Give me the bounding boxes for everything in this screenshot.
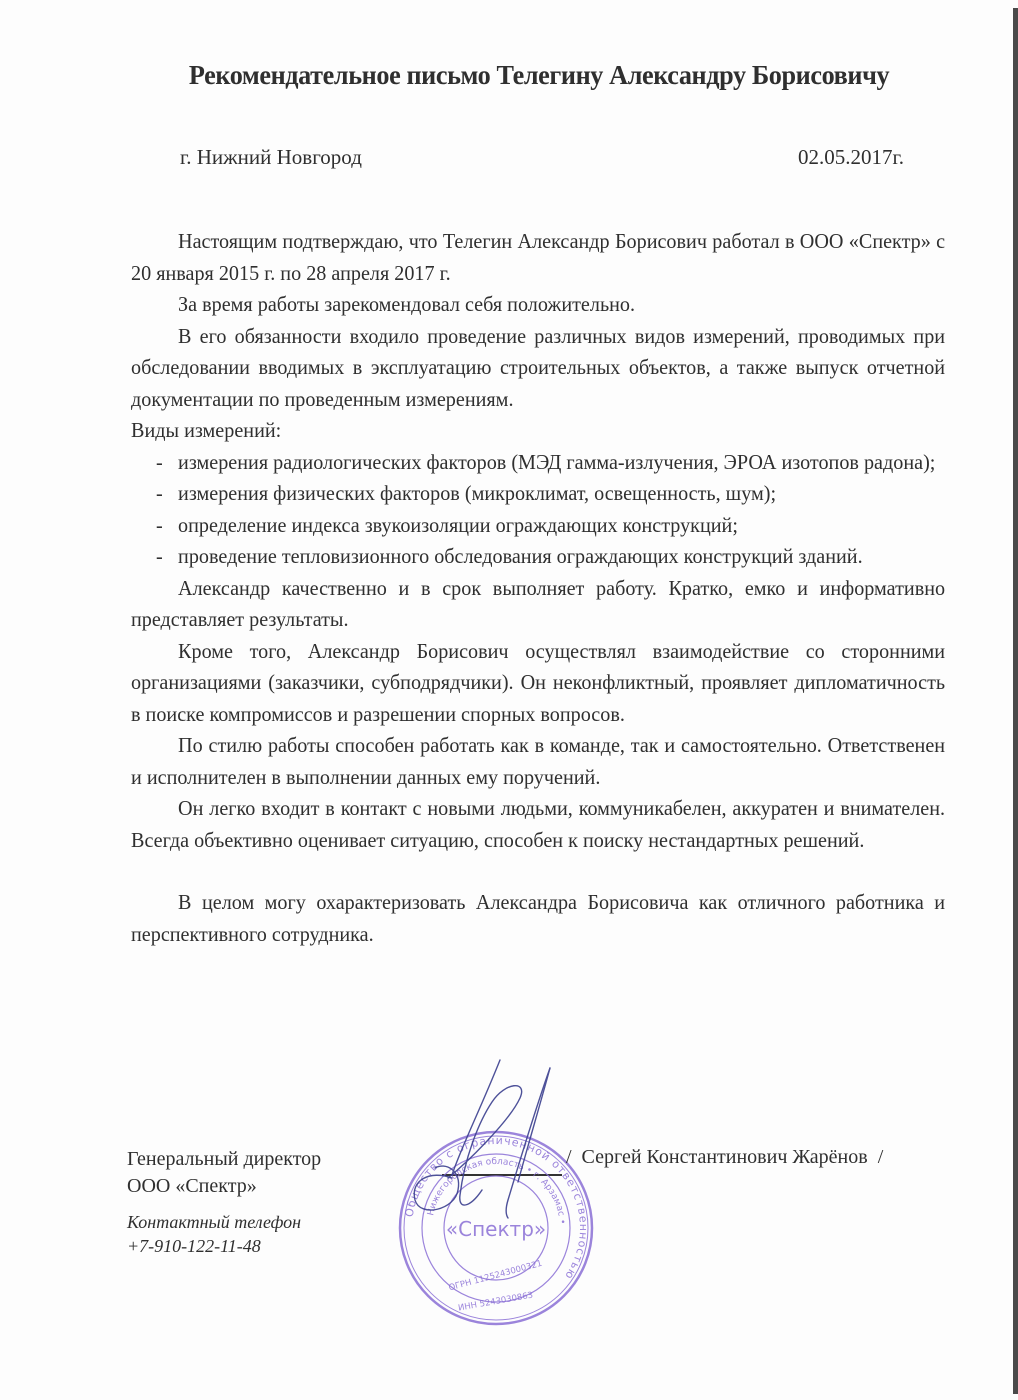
signer-name: / Сергей Константинович Жарёнов / [566, 1146, 883, 1169]
paragraph-quality: Александр качественно и в срок выполняет… [131, 573, 945, 636]
paragraph-employment: Настоящим подтверждаю, что Телегин Алекс… [131, 226, 945, 289]
paragraph-reputation: За время работы зарекомендовал себя поло… [131, 289, 945, 321]
dash-marker: - [156, 510, 163, 542]
signer-position: Генеральный директор [127, 1146, 321, 1173]
letter-body: Настоящим подтверждаю, что Телегин Алекс… [131, 226, 945, 950]
city: г. Нижний Новгород [180, 145, 362, 170]
paragraph-work-style: По стилю работы способен работать как в … [131, 730, 945, 793]
handwritten-signature-icon [400, 1050, 600, 1220]
scan-edge [1013, 8, 1018, 1394]
svg-text:ОГРН 1125243000321: ОГРН 1125243000321 [448, 1259, 544, 1294]
contact-label: Контактный телефон [127, 1210, 321, 1234]
contact-info: Контактный телефон +7-910-122-11-48 [127, 1210, 321, 1258]
dash-marker: - [156, 447, 163, 479]
signer-company: ООО «Спектр» [127, 1173, 321, 1200]
paragraph-conclusion: В целом могу охарактеризовать Александра… [131, 887, 945, 950]
list-item: -определение индекса звукоизоляции ограж… [178, 510, 945, 542]
paragraph-interaction: Кроме того, Александр Борисович осуществ… [131, 636, 945, 731]
dash-marker: - [156, 478, 163, 510]
spacer [131, 856, 945, 887]
list-item: -измерения физических факторов (микрокли… [178, 478, 945, 510]
list-item: -проведение тепловизионного обследования… [178, 541, 945, 573]
letter-date: 02.05.2017г. [798, 145, 904, 170]
measurement-types-list: -измерения радиологических факторов (МЭД… [131, 447, 945, 573]
svg-text:ИНН 5243030863: ИНН 5243030863 [457, 1291, 534, 1314]
dash-marker: - [156, 541, 163, 573]
paragraph-duties: В его обязанности входило проведение раз… [131, 321, 945, 416]
signer-block: Генеральный директор ООО «Спектр» Контак… [127, 1146, 321, 1258]
letter-title: Рекомендательное письмо Телегину Алексан… [142, 60, 935, 91]
paragraph-personality: Он легко входит в контакт с новыми людьм… [131, 793, 945, 856]
list-item: -измерения радиологических факторов (МЭД… [178, 447, 945, 479]
measurement-types-heading: Виды измерений: [131, 415, 945, 447]
svg-text:«Спектр»: «Спектр» [446, 1217, 546, 1241]
contact-phone: +7-910-122-11-48 [127, 1234, 321, 1258]
